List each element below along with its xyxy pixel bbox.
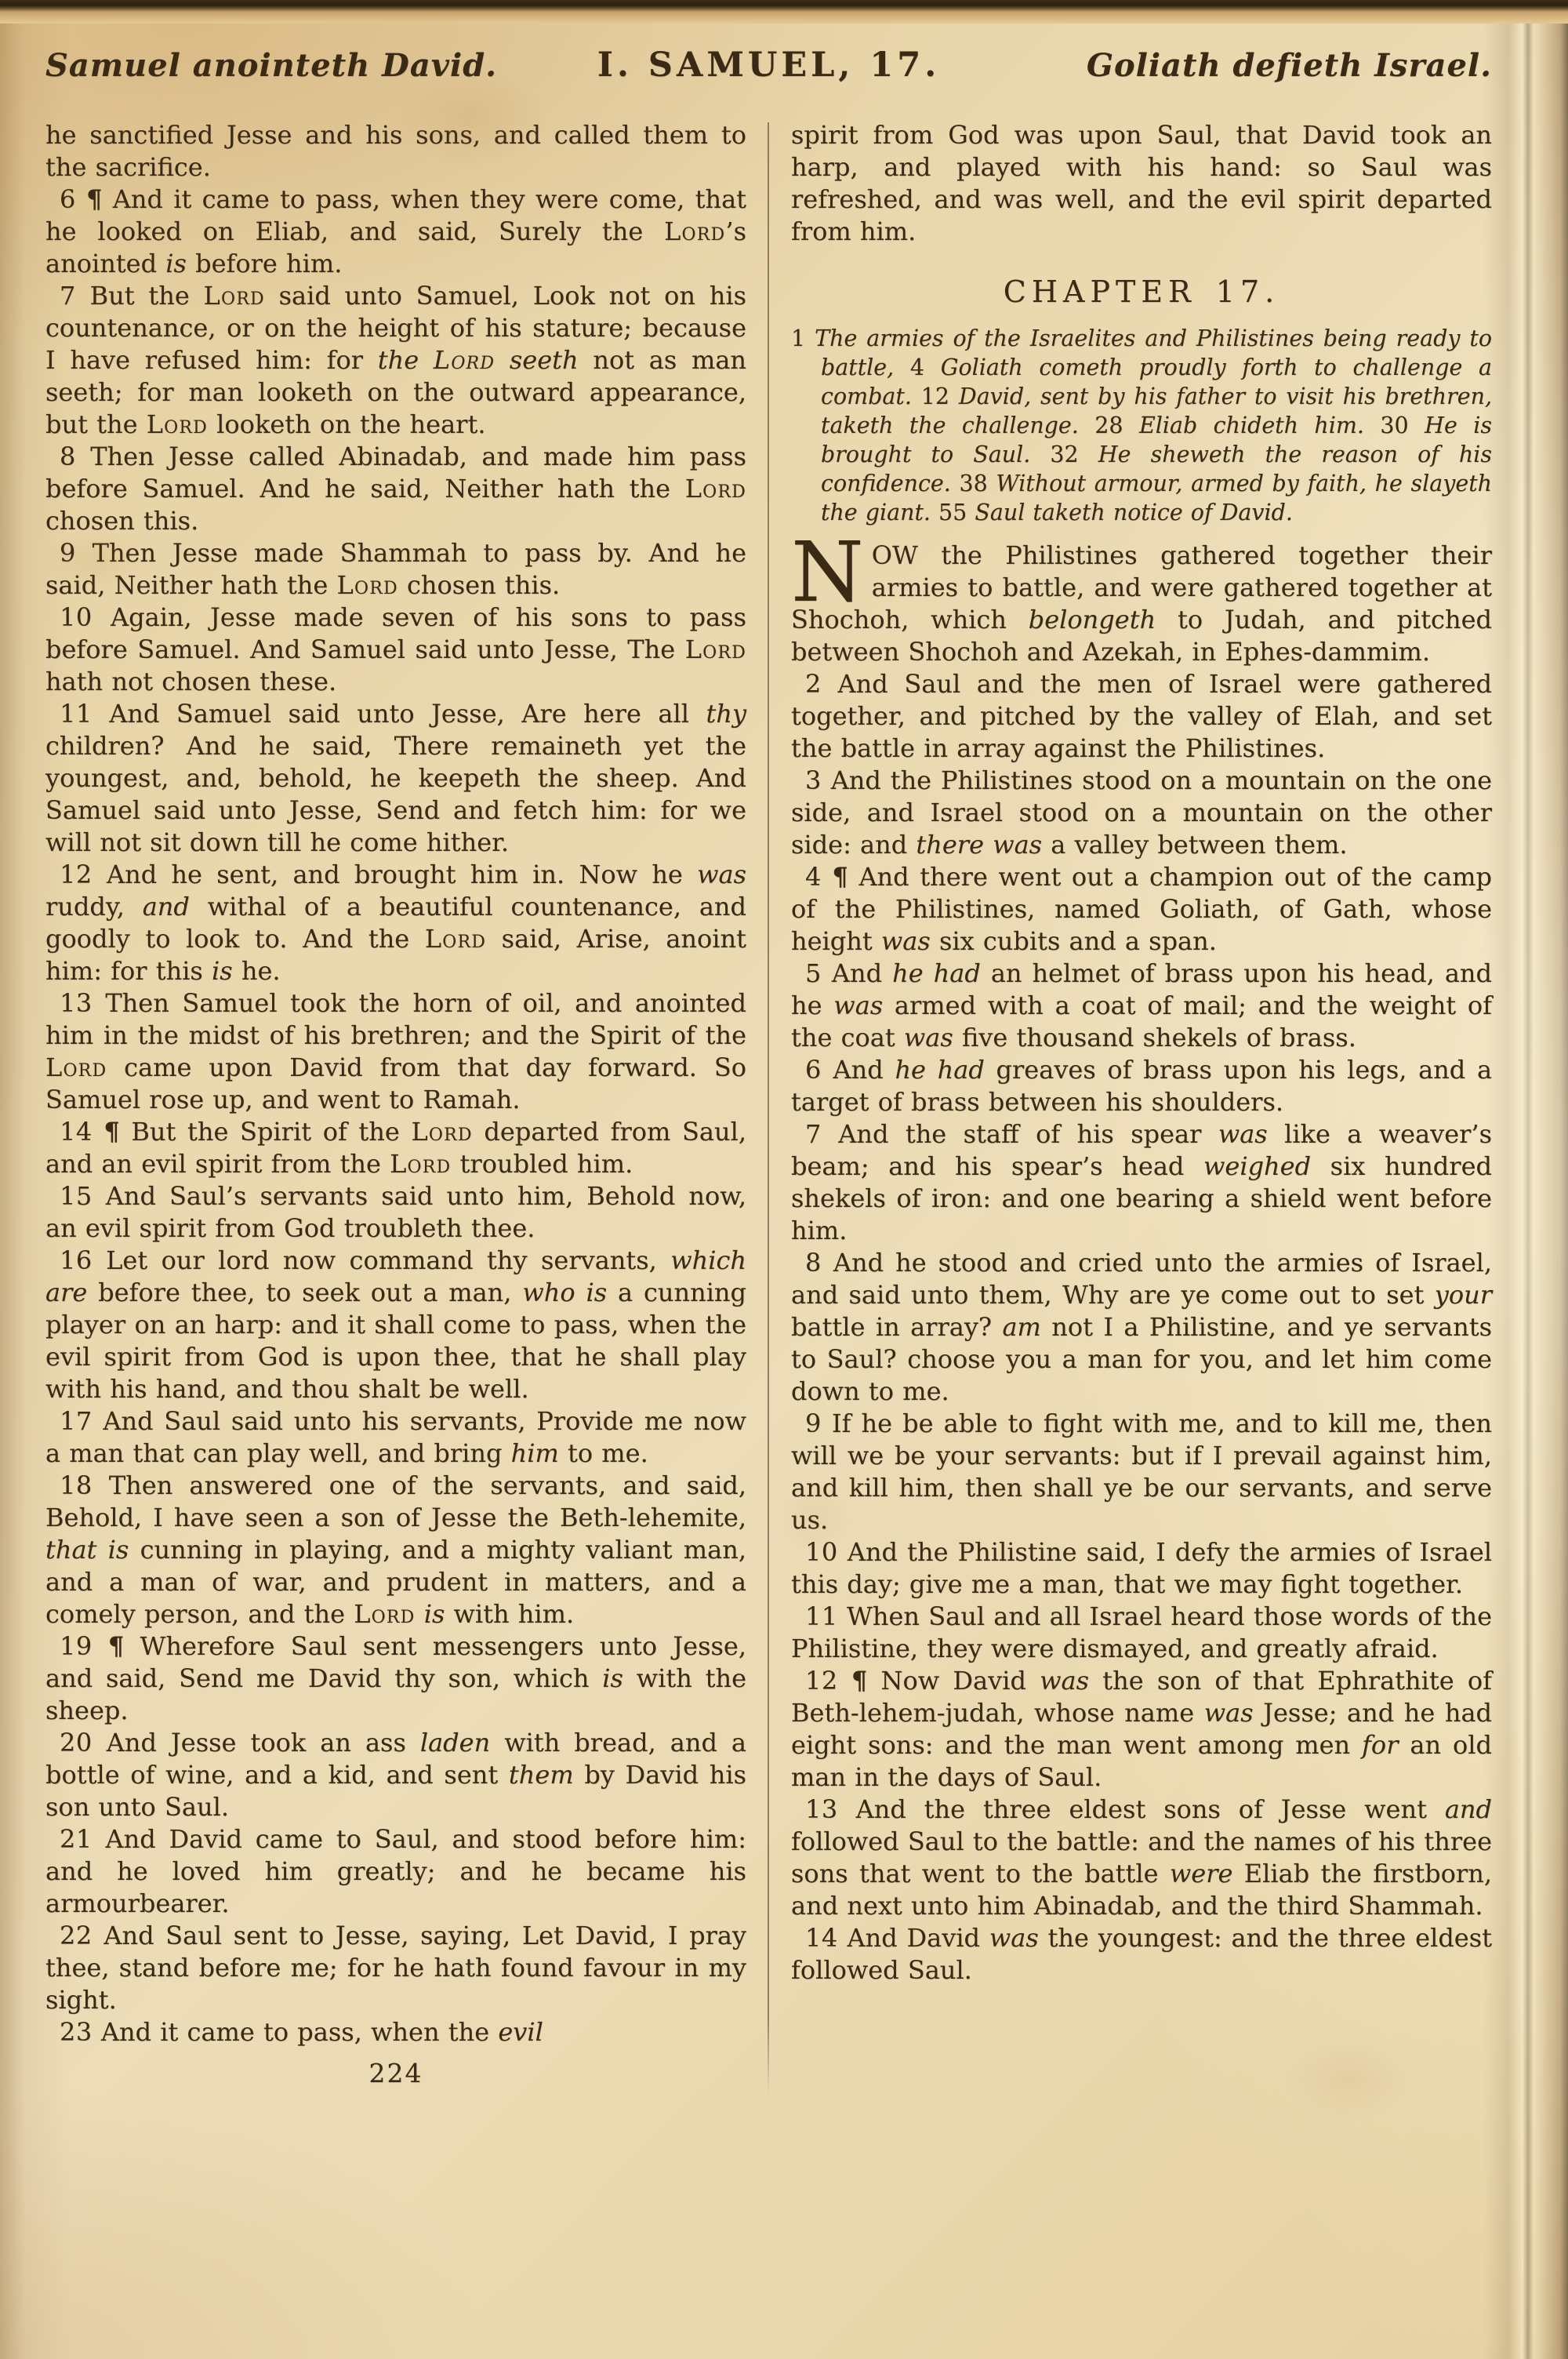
- text-run: children? And he said, There remaineth y…: [45, 731, 746, 857]
- text-run: a valley between them.: [1042, 830, 1347, 860]
- verse-11: 11 And Samuel said unto Jesse, Are here …: [45, 698, 746, 859]
- text-run: looketh on the heart.: [208, 409, 485, 439]
- text-run: And it came to pass, when they were come…: [45, 184, 746, 246]
- text-run: troubled him.: [451, 1149, 633, 1179]
- verse-number: 14: [60, 1117, 93, 1147]
- text-run: 28: [1094, 413, 1139, 438]
- text-run: But the Spirit of the: [131, 1117, 411, 1147]
- lord-smallcaps: Lord: [685, 474, 746, 503]
- verse-10: 10 Again, Jesse made seven of his sons t…: [45, 602, 746, 698]
- text-run: And he sent, and brought him in. Now he: [107, 860, 697, 889]
- text-run: And: [833, 1055, 895, 1085]
- italic-run: him: [511, 1438, 559, 1468]
- italic-run: am: [1002, 1312, 1040, 1342]
- text-run: And the Philistine said, I defy the armi…: [791, 1537, 1492, 1599]
- verse-number: 7: [805, 1119, 822, 1149]
- italic-run: and: [1445, 1794, 1492, 1824]
- text-run: 32: [1050, 442, 1098, 467]
- verse-number: 19: [60, 1631, 93, 1661]
- verse-number: 16: [60, 1245, 93, 1275]
- running-head-center: I. SAMUEL, 17.: [597, 45, 940, 85]
- italic-run: were: [1170, 1859, 1233, 1888]
- verse-continuation: he sanctified Jesse and his sons, and ca…: [45, 119, 746, 184]
- text-run: chosen this.: [398, 570, 560, 600]
- verse-number: 6: [805, 1055, 822, 1085]
- text-run: But the: [90, 281, 204, 311]
- verse-number: 12: [805, 1666, 838, 1696]
- italic-run: is: [165, 249, 187, 278]
- italic-run: he had: [892, 958, 981, 988]
- verse-11: 11 When Saul and all Israel heard those …: [791, 1601, 1492, 1665]
- text-run: 55: [938, 500, 975, 525]
- text-run: And David came to Saul, and stood before…: [45, 1824, 746, 1918]
- italic-run: he had: [895, 1055, 984, 1085]
- lord-smallcaps: Lord: [45, 1052, 107, 1082]
- pilcrow-mark: ¶: [851, 1666, 867, 1696]
- verse-6: 6 And he had greaves of brass upon his l…: [791, 1054, 1492, 1118]
- text-run: five thousand shekels of brass.: [953, 1023, 1356, 1052]
- book-top-edge: [0, 0, 1568, 27]
- chapter-summary: 1 The armies of the Israelites and Phili…: [791, 324, 1492, 527]
- text-run: 38: [959, 471, 996, 496]
- verse-23: 23 And it came to pass, when the evil: [45, 2016, 746, 2048]
- text-run: ruddy,: [45, 892, 143, 921]
- italic-run: was: [697, 860, 746, 889]
- text-run: before thee, to seek out a man,: [87, 1278, 522, 1307]
- italic-run: was: [1040, 1666, 1089, 1696]
- verse-number: 8: [805, 1248, 822, 1278]
- lord-smallcaps: Lord: [354, 1599, 415, 1629]
- text-run: battle in array?: [791, 1312, 1002, 1342]
- text-run: And David: [848, 1923, 989, 1953]
- text-run: Again, Jesse made seven of his sons to p…: [45, 602, 746, 664]
- verse-number: 21: [60, 1824, 93, 1854]
- pilcrow-mark: ¶: [108, 1631, 124, 1661]
- verse-2: 2 And Saul and the men of Israel were ga…: [791, 668, 1492, 765]
- italic-run: laden: [420, 1728, 490, 1757]
- verse-number: 15: [60, 1181, 93, 1211]
- text-run: 4: [910, 354, 941, 380]
- italic-run: was: [904, 1023, 953, 1052]
- verse-14: 14 And David was the youngest: and the t…: [791, 1922, 1492, 1986]
- verse-number: 7: [60, 281, 76, 311]
- verse-19: 19 ¶ Wherefore Saul sent messengers unto…: [45, 1630, 746, 1727]
- verse-4: 4 ¶ And there went out a champion out of…: [791, 861, 1492, 958]
- italic-run: who is: [522, 1278, 607, 1307]
- text-run: And the three eldest sons of Jesse went: [856, 1794, 1445, 1824]
- italic-run: Saul taketh notice of David.: [975, 500, 1293, 525]
- text-run: And Saul’s servants said unto him, Behol…: [45, 1181, 746, 1243]
- verse-6: 6 ¶ And it came to pass, when they were …: [45, 184, 746, 280]
- verse-number: 12: [60, 860, 93, 889]
- verse-20: 20 And Jesse took an ass laden with brea…: [45, 1727, 746, 1823]
- right-column: spirit from God was upon Saul, that Davi…: [791, 119, 1492, 2088]
- text-run: Let our lord now command thy servants,: [106, 1245, 670, 1275]
- lord-smallcaps: Lord: [685, 634, 746, 664]
- text-run: Then Jesse called Abinadab, and made him…: [45, 442, 746, 503]
- italic-run: your: [1435, 1280, 1492, 1310]
- text-run: When Saul and all Israel heard those wor…: [791, 1601, 1492, 1663]
- text-run: And the staff of his spear: [838, 1119, 1218, 1149]
- verse-number: 9: [805, 1408, 822, 1438]
- verse-14: 14 ¶ But the Spirit of the Lord departed…: [45, 1116, 746, 1180]
- lord-smallcaps: Lord: [664, 216, 725, 246]
- verse-number: 2: [805, 669, 822, 699]
- text-run: spirit from God was upon Saul, that Davi…: [791, 120, 1492, 246]
- italic-run: there was: [916, 830, 1042, 860]
- text-run: Then answered one of the servants, and s…: [45, 1470, 746, 1532]
- italic-run: that is: [45, 1535, 129, 1565]
- italic-run: was: [989, 1923, 1039, 1953]
- verse-number: 18: [60, 1470, 93, 1500]
- verse-number: 9: [60, 538, 76, 568]
- verse-8: 8 And he stood and cried unto the armies…: [791, 1247, 1492, 1408]
- text-run: hath not chosen these.: [45, 667, 336, 696]
- verse-13: 13 And the three eldest sons of Jesse we…: [791, 1794, 1492, 1922]
- running-head: Samuel anointeth David. I. SAMUEL, 17. G…: [45, 45, 1492, 85]
- verse-number: 11: [60, 699, 93, 729]
- verse-7: 7 But the Lord said unto Samuel, Look no…: [45, 280, 746, 441]
- text-run: to me.: [559, 1438, 648, 1468]
- verse-number: 8: [60, 442, 76, 471]
- page-content: Samuel anointeth David. I. SAMUEL, 17. G…: [45, 45, 1492, 2088]
- verse-10: 10 And the Philistine said, I defy the a…: [791, 1536, 1492, 1601]
- verse-12: 12 And he sent, and brought him in. Now …: [45, 859, 746, 987]
- italic-run: weighed: [1203, 1151, 1311, 1181]
- verse-9: 9 Then Jesse made Shammah to pass by. An…: [45, 537, 746, 602]
- pilcrow-mark: ¶: [103, 1117, 119, 1147]
- text-run: six cubits and a span.: [931, 926, 1217, 956]
- verse-21: 21 And David came to Saul, and stood bef…: [45, 1823, 746, 1920]
- text-run: Now David: [881, 1666, 1040, 1696]
- lord-smallcaps: Lord: [390, 1149, 451, 1179]
- italic-run: was: [1204, 1698, 1254, 1728]
- verse-16: 16 Let our lord now command thy servants…: [45, 1245, 746, 1405]
- verse-number: 5: [805, 958, 822, 988]
- verse-number: 14: [805, 1923, 838, 1953]
- verse-number: 10: [805, 1537, 838, 1567]
- italic-run: the: [378, 345, 434, 375]
- verse-number: 11: [805, 1601, 838, 1631]
- verse-number: 13: [60, 988, 93, 1018]
- verse-13: 13 Then Samuel took the horn of oil, and…: [45, 987, 746, 1116]
- italic-run: Eliab chideth him.: [1139, 413, 1380, 438]
- bible-page-photo: Samuel anointeth David. I. SAMUEL, 17. G…: [0, 0, 1568, 2359]
- page-number: 224: [45, 2058, 746, 2088]
- two-column-text-block: he sanctified Jesse and his sons, and ca…: [45, 119, 1492, 2088]
- text-run: 1: [791, 325, 815, 351]
- verse-15: 15 And Saul’s servants said unto him, Be…: [45, 1180, 746, 1245]
- drop-cap-initial: N: [791, 540, 872, 604]
- verse-number: 3: [805, 765, 822, 795]
- bible-page: Samuel anointeth David. I. SAMUEL, 17. G…: [0, 24, 1568, 2359]
- italic-run: them: [509, 1760, 574, 1790]
- lord-smallcaps: Lord: [425, 924, 486, 954]
- text-run: And: [832, 958, 892, 988]
- lord-smallcaps: Lord: [204, 281, 265, 311]
- lord-smallcaps: Lord: [434, 345, 495, 375]
- text-run: chosen this.: [45, 506, 198, 536]
- running-head-right: Goliath defieth Israel.: [940, 47, 1492, 84]
- text-run: And Samuel said unto Jesse, Are here all: [109, 699, 706, 729]
- italic-run: thy: [706, 699, 746, 729]
- verse-number: 10: [60, 602, 93, 632]
- lord-smallcaps: Lord: [147, 409, 208, 439]
- text-run: before him.: [187, 249, 342, 278]
- running-head-left: Samuel anointeth David.: [45, 47, 597, 84]
- italic-run: and: [143, 892, 190, 921]
- text-run: And Saul sent to Jesse, saying, Let Davi…: [45, 1921, 746, 2015]
- italic-run: was: [881, 926, 931, 956]
- verse-number: 4: [805, 862, 822, 892]
- text-run: Then Samuel took the horn of oil, and an…: [45, 988, 746, 1050]
- text-run: And he stood and cried unto the armies o…: [791, 1248, 1492, 1310]
- text-run: came upon David from that day forward. S…: [45, 1052, 746, 1114]
- verse-9: 9 If he be able to fight with me, and to…: [791, 1408, 1492, 1536]
- text-run: And it came to pass, when the: [101, 2017, 498, 2047]
- lord-smallcaps: Lord: [337, 570, 398, 600]
- verse-8: 8 Then Jesse called Abinadab, and made h…: [45, 441, 746, 537]
- italic-run: is: [212, 956, 233, 986]
- text-run: 30: [1380, 413, 1425, 438]
- italic-run: was: [833, 990, 883, 1020]
- verse-number: 17: [60, 1406, 93, 1436]
- verse-continuation: spirit from God was upon Saul, that Davi…: [791, 119, 1492, 248]
- verse-1-dropcap: NOW the Philistines gathered together th…: [791, 540, 1492, 668]
- italic-run: belongeth: [1029, 605, 1156, 634]
- verse-number: 22: [60, 1921, 93, 1950]
- text-run: And Saul and the men of Israel were gath…: [791, 669, 1492, 763]
- verse-3: 3 And the Philistines stood on a mountai…: [791, 765, 1492, 861]
- chapter-heading: CHAPTER 17.: [791, 276, 1492, 308]
- text-run: If he be able to fight with me, and to k…: [791, 1408, 1492, 1535]
- italic-run: seeth: [495, 345, 578, 375]
- italic-run: is: [602, 1663, 623, 1693]
- left-column: he sanctified Jesse and his sons, and ca…: [45, 119, 746, 2088]
- italic-run: for: [1362, 1730, 1398, 1760]
- pilcrow-mark: ¶: [86, 184, 102, 214]
- verse-18: 18 Then answered one of the servants, an…: [45, 1470, 746, 1630]
- italic-run: is: [424, 1599, 445, 1629]
- verse-22: 22 And Saul sent to Jesse, saying, Let D…: [45, 1920, 746, 2016]
- text-run: he.: [233, 956, 281, 986]
- text-run: with him.: [445, 1599, 574, 1629]
- text-run: And Jesse took an ass: [107, 1728, 420, 1757]
- text-run: he sanctified Jesse and his sons, and ca…: [45, 120, 746, 182]
- lord-smallcaps: Lord: [411, 1117, 472, 1147]
- text-run: [416, 1599, 424, 1629]
- italic-run: was: [1218, 1119, 1268, 1149]
- verse-number: 20: [60, 1728, 93, 1757]
- pilcrow-mark: ¶: [832, 862, 848, 892]
- text-run: 12: [921, 383, 959, 409]
- verse-17: 17 And Saul said unto his servants, Prov…: [45, 1405, 746, 1470]
- verse-5: 5 And he had an helmet of brass upon his…: [791, 958, 1492, 1054]
- verse-number: 6: [60, 184, 76, 214]
- verse-number: 23: [60, 2017, 93, 2047]
- italic-run: evil: [498, 2017, 543, 2047]
- verse-number: 13: [805, 1794, 838, 1824]
- verse-12: 12 ¶ Now David was the son of that Ephra…: [791, 1665, 1492, 1794]
- verse-7: 7 And the staff of his spear was like a …: [791, 1118, 1492, 1247]
